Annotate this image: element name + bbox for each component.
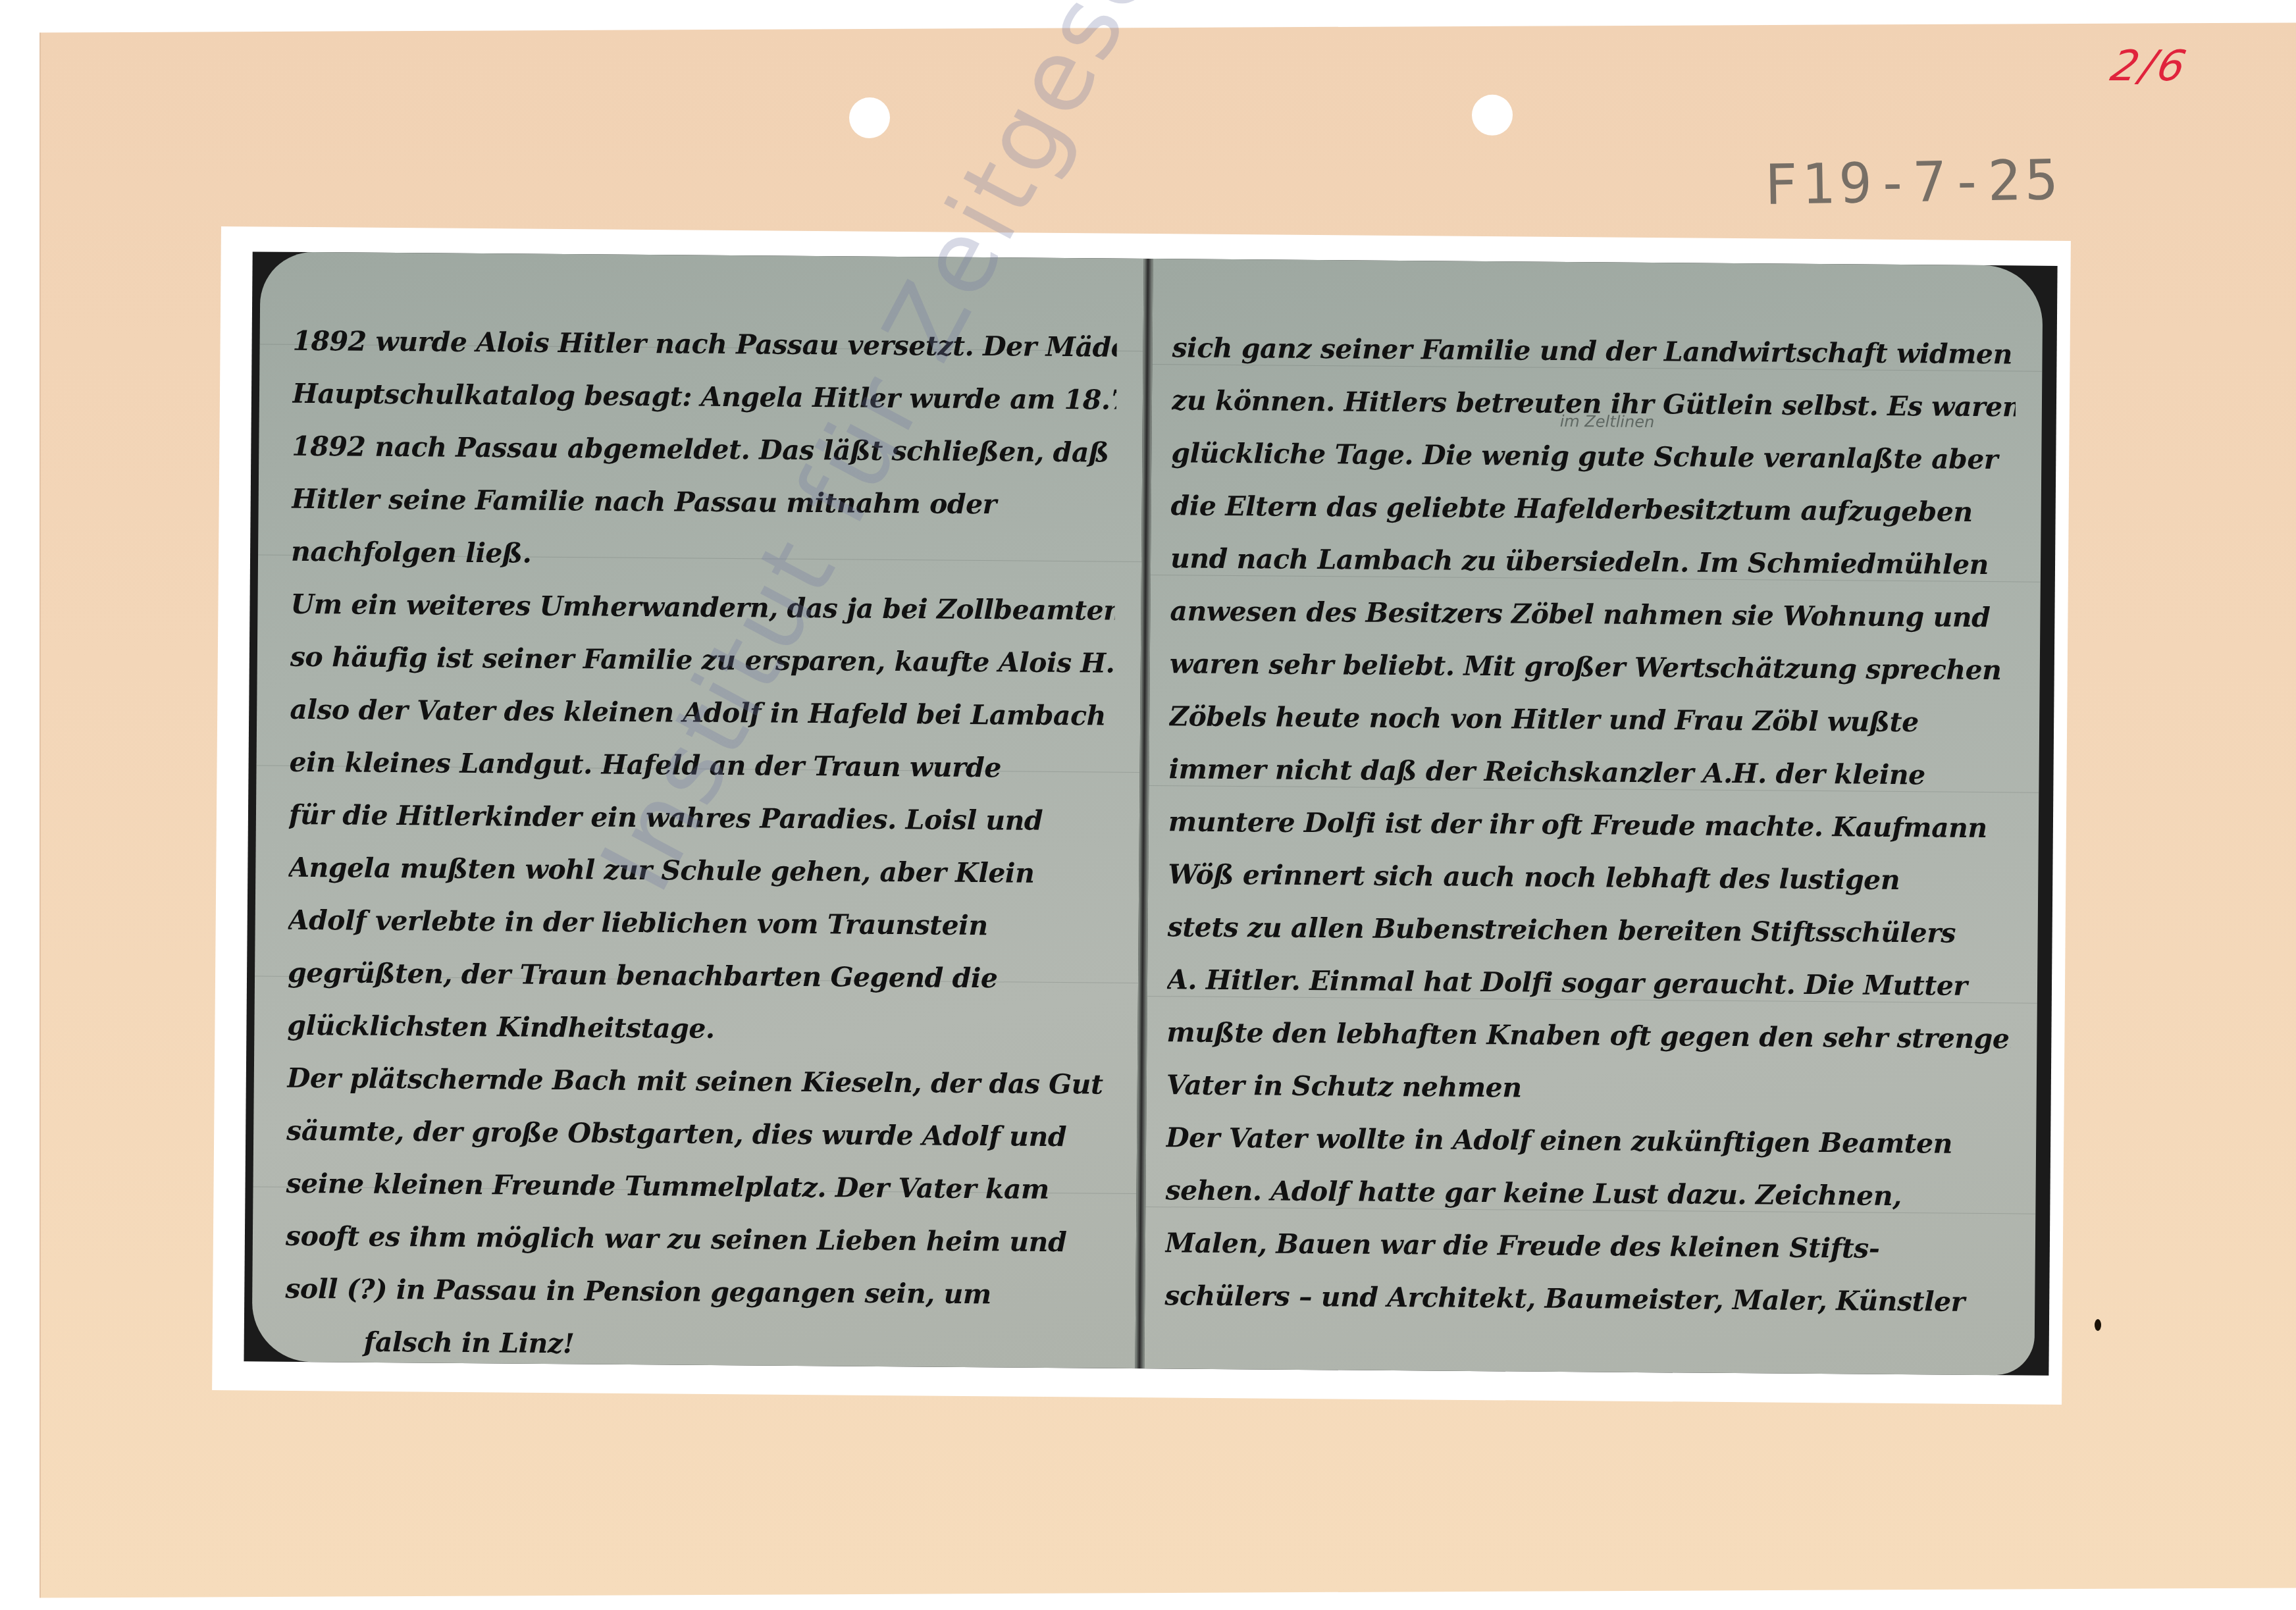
handwritten-line: Der plätschernde Bach mit seinen Kieseln…	[287, 1052, 1112, 1111]
notebook-photograph: 1892 wurde Alois Hitler nach Passau vers…	[244, 251, 2057, 1375]
handwritten-line: Adolf verlebte in der lieblichen vom Tra…	[288, 894, 1112, 953]
handwritten-line: immer nicht daß der Reichskanzler A.H. d…	[1168, 742, 2013, 802]
punch-hole	[849, 97, 890, 138]
handwritten-line: seine kleinen Freunde Tummelplatz. Der V…	[286, 1157, 1110, 1216]
pencil-annotation: im Zeltlinen	[1560, 412, 1655, 431]
handwritten-line: nachfolgen ließ.	[291, 525, 1116, 584]
handwritten-line: Wöß erinnert sich auch noch lebhaft des …	[1168, 848, 2012, 907]
punch-hole	[1472, 95, 1513, 136]
handwritten-line: stets zu allen Bubenstreichen bereiten S…	[1167, 900, 2012, 960]
handwritten-line: glücklichsten Kindheitstage.	[287, 999, 1112, 1058]
page-counter: 2/6	[2106, 42, 2193, 91]
handwritten-line: sehen. Adolf hatte gar keine Lust dazu. …	[1165, 1164, 2010, 1223]
handwritten-line: Vater in Schutz nehmen	[1166, 1058, 2010, 1118]
handwritten-line: schülers – und Architekt, Baumeister, Ma…	[1164, 1269, 2009, 1328]
handwritten-line: glückliche Tage. Die wenig gute Schule v…	[1171, 427, 2016, 486]
handwritten-line: waren sehr beliebt. Mit großer Wertschät…	[1170, 637, 2014, 696]
handwritten-line: 1892 nach Passau abgemeldet. Das läßt sc…	[292, 420, 1116, 479]
handwritten-line: anwesen des Besitzers Zöbel nahmen sie W…	[1170, 584, 2014, 644]
handwritten-line: Der Vater wollte in Adolf einen zukünfti…	[1166, 1111, 2010, 1170]
photo-mount: 1892 wurde Alois Hitler nach Passau vers…	[212, 226, 2071, 1405]
handwritten-line: mußte den lebhaften Knaben oft gegen den…	[1166, 1006, 2011, 1065]
handwritten-line: Zöbels heute noch von Hitler und Frau Zö…	[1169, 690, 2014, 749]
handwritten-line: und nach Lambach zu übersiedeln. Im Schm…	[1170, 532, 2015, 591]
handwritten-line: Hitler seine Familie nach Passau mitnahm…	[291, 473, 1116, 532]
handwritten-line: gegrüßten, der Traun benachbarten Gegend…	[288, 947, 1112, 1006]
handwritten-line: 1892 wurde Alois Hitler nach Passau vers…	[292, 315, 1117, 374]
ink-speck	[2095, 1319, 2101, 1331]
handwritten-line: falsch in Linz!	[284, 1315, 1109, 1374]
handwritten-line: säumte, der große Obstgarten, dies wurde…	[286, 1104, 1111, 1164]
notebook-page-right: sich ganz seiner Familie und der Landwir…	[1144, 259, 2043, 1376]
handwritten-line: A. Hitler. Einmal hat Dolfi sogar gerauc…	[1167, 953, 2012, 1012]
handwritten-line: sooft es ihm möglich war zu seinen Liebe…	[286, 1210, 1110, 1269]
handwritten-line: soll (?) in Passau in Pension gegangen s…	[285, 1262, 1110, 1322]
archive-signature: F19-7-25	[1763, 147, 2062, 217]
handwritten-line: die Eltern das geliebte Hafelderbesitztu…	[1170, 479, 2015, 538]
handwritten-line: muntere Dolfi ist der ihr oft Freude mac…	[1168, 795, 2013, 854]
handwritten-line: Malen, Bauen war die Freude des kleinen …	[1165, 1216, 2010, 1276]
handwritten-line: Hauptschulkatalog besagt: Angela Hitler …	[292, 367, 1117, 427]
handwritten-line: sich ganz seiner Familie und der Landwir…	[1172, 321, 2016, 380]
handwritten-text-right: sich ganz seiner Familie und der Landwir…	[1164, 321, 2016, 1328]
